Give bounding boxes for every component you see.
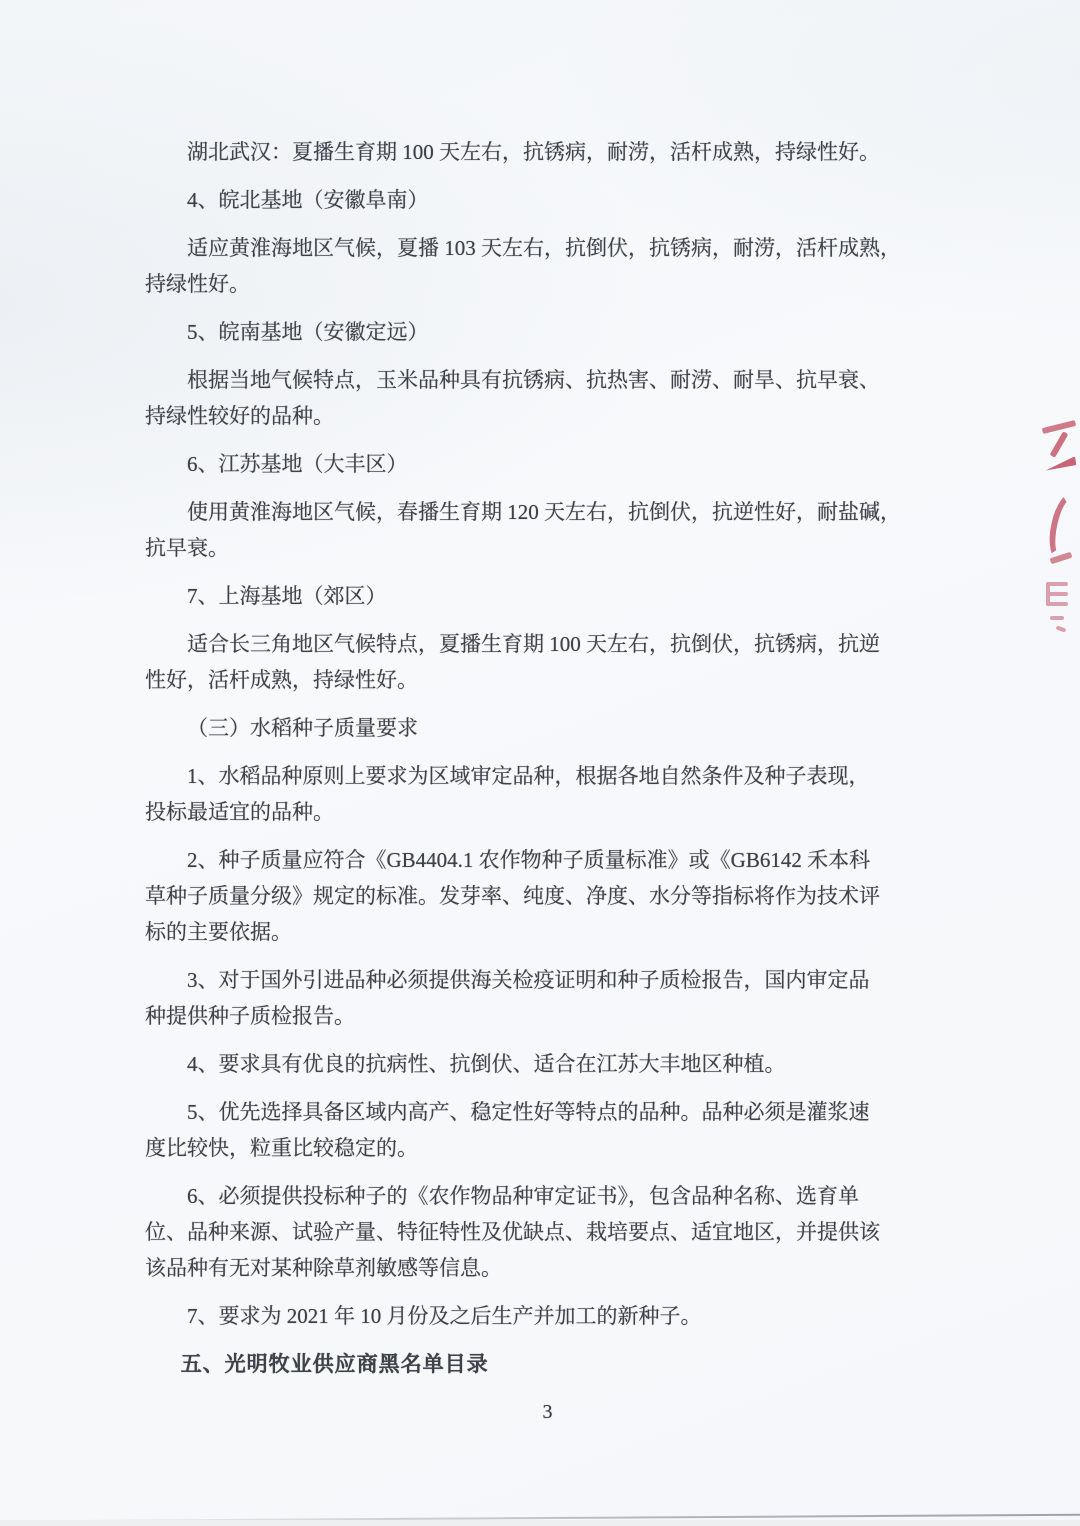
section-heading-rice-seed-quality: （三）水稻种子质量要求: [145, 710, 950, 746]
paragraph-requirement-7: 7、要求为 2021 年 10 月份及之后生产并加工的新种子。: [145, 1298, 950, 1334]
chapter-heading-blacklist: 五、光明牧业供应商黑名单目录: [145, 1346, 950, 1382]
list-item-heading-base-5: 5、皖南基地（安徽定远）: [145, 314, 950, 350]
paragraph-base-6-description: 使用黄淮海地区气候，春播生育期 120 天左右，抗倒伏，抗逆性好，耐盐碱， 抗早…: [145, 494, 950, 566]
list-item-heading-base-4: 4、皖北基地（安徽阜南）: [145, 182, 950, 218]
paragraph-region-hubei-wuhan: 湖北武汉：夏播生育期 100 天左右，抗锈病，耐涝，活杆成熟，持绿性好。: [145, 134, 950, 170]
paragraph-base-4-description: 适应黄淮海地区气候，夏播 103 天左右，抗倒伏，抗锈病，耐涝，活杆成熟， 持绿…: [145, 230, 950, 302]
paragraph-requirement-6: 6、必须提供投标种子的《农作物品种审定证书》，包含品种名称、选育单 位、品种来源…: [145, 1178, 950, 1286]
list-item-heading-base-7: 7、上海基地（郊区）: [145, 578, 950, 614]
paragraph-base-5-description: 根据当地气候特点，玉米品种具有抗锈病、抗热害、耐涝、耐旱、抗早衰、 持绿性较好的…: [145, 362, 950, 434]
document-page: 湖北武汉：夏播生育期 100 天左右，抗锈病，耐涝，活杆成熟，持绿性好。 4、皖…: [0, 0, 1080, 1526]
red-stamp-fragment-bottom: [1044, 582, 1078, 644]
document-text-block: 湖北武汉：夏播生育期 100 天左右，抗锈病，耐涝，活杆成熟，持绿性好。 4、皖…: [145, 0, 950, 1430]
paragraph-requirement-1: 1、水稻品种原则上要求为区域审定品种，根据各地自然条件及种子表现， 投标最适宜的…: [145, 758, 950, 830]
red-stamp-fragment-arc: [1042, 492, 1080, 572]
paragraph-requirement-3: 3、对于国外引进品种必须提供海关检疫证明和种子质检报告，国内审定品 种提供种子质…: [145, 962, 950, 1034]
page-number: 3: [145, 1394, 950, 1430]
paragraph-base-7-description: 适合长三角地区气候特点，夏播生育期 100 天左右，抗倒伏，抗锈病，抗逆 性好，…: [145, 626, 950, 698]
red-stamp-fragment-top: [1036, 422, 1080, 476]
paragraph-requirement-2: 2、种子质量应符合《GB4404.1 农作物种子质量标准》或《GB6142 禾本…: [145, 842, 950, 950]
list-item-heading-base-6: 6、江苏基地（大丰区）: [145, 446, 950, 482]
scan-background-strip: [0, 1520, 1080, 1526]
paragraph-requirement-5: 5、优先选择具备区域内高产、稳定性好等特点的品种。品种必须是灌浆速 度比较快，粒…: [145, 1094, 950, 1166]
paragraph-requirement-4: 4、要求具有优良的抗病性、抗倒伏、适合在江苏大丰地区种植。: [145, 1046, 950, 1082]
